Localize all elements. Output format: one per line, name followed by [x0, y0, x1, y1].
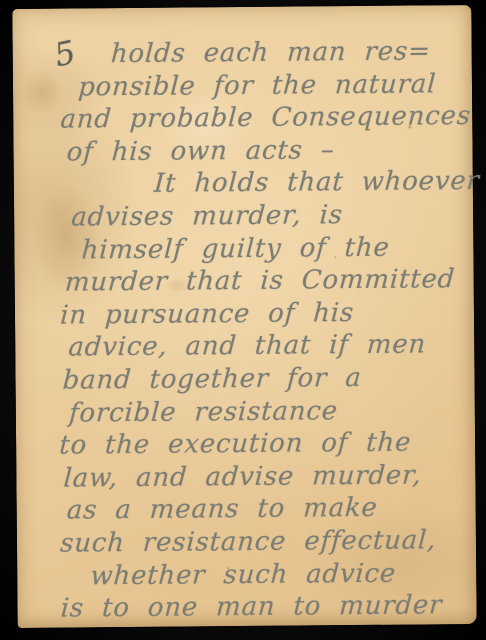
manuscript-line: forcible resistance [68, 395, 477, 431]
manuscript-line: is to one man to murder [60, 590, 479, 626]
manuscript-line: and probable Consequences [59, 101, 474, 137]
manuscript-line: advises murder, is [70, 199, 475, 235]
manuscript-line: murder that is Committed [64, 264, 476, 300]
photo-mount: 5 holds each man res= ponsible for the n… [0, 0, 486, 640]
manuscript-page: 5 holds each man res= ponsible for the n… [12, 5, 476, 628]
manuscript-line: law, and advise murder, [63, 460, 478, 496]
manuscript-line: such resistance effectual, [59, 525, 478, 561]
manuscript-line: in pursuance of his [59, 297, 476, 333]
manuscript-text: holds each man res= ponsible for the nat… [13, 36, 477, 627]
manuscript-line: It holds that whoever [153, 166, 475, 201]
manuscript-line: band together for a [62, 362, 477, 398]
manuscript-line: to the execution of the [58, 427, 477, 463]
manuscript-line: ponsible for the natural [77, 69, 474, 105]
manuscript-line: holds each man res= [110, 36, 474, 72]
manuscript-line: as a means to make [66, 492, 478, 528]
manuscript-line: himself guilty of the [81, 232, 476, 268]
manuscript-line: advice, and that if men [67, 329, 476, 365]
manuscript-line: of his own acts – [66, 134, 475, 170]
manuscript-line: whether such advice [89, 557, 478, 593]
